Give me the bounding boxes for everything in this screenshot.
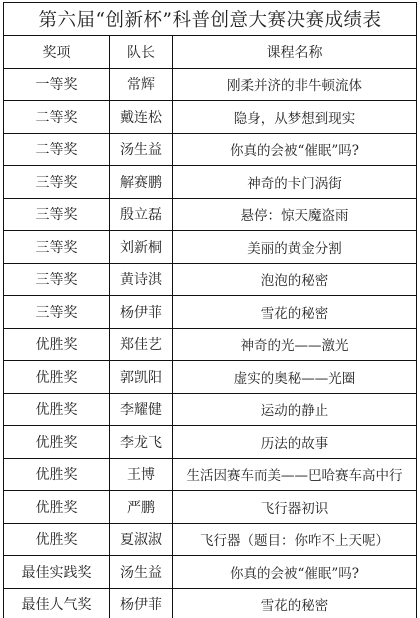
table-title: 第六届“创新杯”科普创意大赛决赛成绩表 <box>4 3 417 36</box>
award-cell: 三等奖 <box>4 198 110 231</box>
leader-cell: 殷立磊 <box>110 198 173 231</box>
table-row: 优胜奖李耀健运动的静止 <box>4 393 417 426</box>
header-project: 课程名称 <box>173 36 417 69</box>
award-cell: 最佳实践奖 <box>4 556 110 589</box>
leader-cell: 戴连松 <box>110 101 173 134</box>
project-cell: 美丽的黄金分割 <box>173 231 417 264</box>
table-row: 三等奖解赛鹏神奇的卡门涡街 <box>4 166 417 199</box>
leader-cell: 汤生益 <box>110 556 173 589</box>
award-cell: 三等奖 <box>4 166 110 199</box>
award-cell: 优胜奖 <box>4 328 110 361</box>
project-cell: 神奇的卡门涡街 <box>173 166 417 199</box>
project-cell: 飞行器（题目：你咋不上天呢） <box>173 523 417 556</box>
project-cell: 雪花的秘密 <box>173 588 417 618</box>
project-cell: 悬停：惊天魔盗雨 <box>173 198 417 231</box>
header-row: 奖项 队长 课程名称 <box>4 36 417 69</box>
leader-cell: 常辉 <box>110 68 173 101</box>
table-row: 最佳人气奖杨伊菲雪花的秘密 <box>4 588 417 618</box>
table-row: 二等奖汤生益你真的会被“催眠”吗? <box>4 133 417 166</box>
project-cell: 生活因赛车而美——巴哈赛车高中行 <box>173 458 417 491</box>
award-cell: 三等奖 <box>4 296 110 329</box>
header-award: 奖项 <box>4 36 110 69</box>
table-row: 二等奖戴连松隐身，从梦想到现实 <box>4 101 417 134</box>
project-cell: 隐身，从梦想到现实 <box>173 101 417 134</box>
leader-cell: 李龙飞 <box>110 426 173 459</box>
table-row: 优胜奖郭凯阳虚实的奥秘——光圈 <box>4 361 417 394</box>
table-row: 优胜奖王博生活因赛车而美——巴哈赛车高中行 <box>4 458 417 491</box>
project-cell: 泡泡的秘密 <box>173 263 417 296</box>
project-cell: 飞行器初识 <box>173 491 417 524</box>
table-row: 最佳实践奖汤生益你真的会被“催眠”吗? <box>4 556 417 589</box>
project-cell: 神奇的光——激光 <box>173 328 417 361</box>
award-cell: 优胜奖 <box>4 491 110 524</box>
project-cell: 历法的故事 <box>173 426 417 459</box>
table-row: 优胜奖郑佳艺神奇的光——激光 <box>4 328 417 361</box>
award-cell: 优胜奖 <box>4 458 110 491</box>
leader-cell: 杨伊菲 <box>110 588 173 618</box>
table-row: 优胜奖李龙飞历法的故事 <box>4 426 417 459</box>
leader-cell: 杨伊菲 <box>110 296 173 329</box>
table-row: 三等奖杨伊菲雪花的秘密 <box>4 296 417 329</box>
leader-cell: 夏淑淑 <box>110 523 173 556</box>
award-cell: 三等奖 <box>4 231 110 264</box>
award-cell: 优胜奖 <box>4 523 110 556</box>
award-cell: 优胜奖 <box>4 361 110 394</box>
leader-cell: 王博 <box>110 458 173 491</box>
project-cell: 雪花的秘密 <box>173 296 417 329</box>
project-cell: 运动的静止 <box>173 393 417 426</box>
table-row: 优胜奖严鹏飞行器初识 <box>4 491 417 524</box>
table-row: 三等奖殷立磊悬停：惊天魔盗雨 <box>4 198 417 231</box>
results-table: 第六届“创新杯”科普创意大赛决赛成绩表 奖项 队长 课程名称 一等奖常辉刚柔并济… <box>3 2 417 618</box>
award-cell: 二等奖 <box>4 101 110 134</box>
award-cell: 优胜奖 <box>4 393 110 426</box>
table-row: 一等奖常辉刚柔并济的非牛顿流体 <box>4 68 417 101</box>
leader-cell: 郭凯阳 <box>110 361 173 394</box>
leader-cell: 郑佳艺 <box>110 328 173 361</box>
leader-cell: 汤生益 <box>110 133 173 166</box>
award-cell: 三等奖 <box>4 263 110 296</box>
award-cell: 二等奖 <box>4 133 110 166</box>
leader-cell: 刘新桐 <box>110 231 173 264</box>
table-row: 三等奖黄诗淇泡泡的秘密 <box>4 263 417 296</box>
award-cell: 最佳人气奖 <box>4 588 110 618</box>
title-row: 第六届“创新杯”科普创意大赛决赛成绩表 <box>4 3 417 36</box>
leader-cell: 解赛鹏 <box>110 166 173 199</box>
project-cell: 虚实的奥秘——光圈 <box>173 361 417 394</box>
leader-cell: 黄诗淇 <box>110 263 173 296</box>
leader-cell: 李耀健 <box>110 393 173 426</box>
table-row: 优胜奖夏淑淑飞行器（题目：你咋不上天呢） <box>4 523 417 556</box>
project-cell: 刚柔并济的非牛顿流体 <box>173 68 417 101</box>
award-cell: 优胜奖 <box>4 426 110 459</box>
table-row: 三等奖刘新桐美丽的黄金分割 <box>4 231 417 264</box>
leader-cell: 严鹏 <box>110 491 173 524</box>
header-leader: 队长 <box>110 36 173 69</box>
award-cell: 一等奖 <box>4 68 110 101</box>
results-table-container: 第六届“创新杯”科普创意大赛决赛成绩表 奖项 队长 课程名称 一等奖常辉刚柔并济… <box>3 2 416 618</box>
project-cell: 你真的会被“催眠”吗? <box>173 133 417 166</box>
project-cell: 你真的会被“催眠”吗? <box>173 556 417 589</box>
